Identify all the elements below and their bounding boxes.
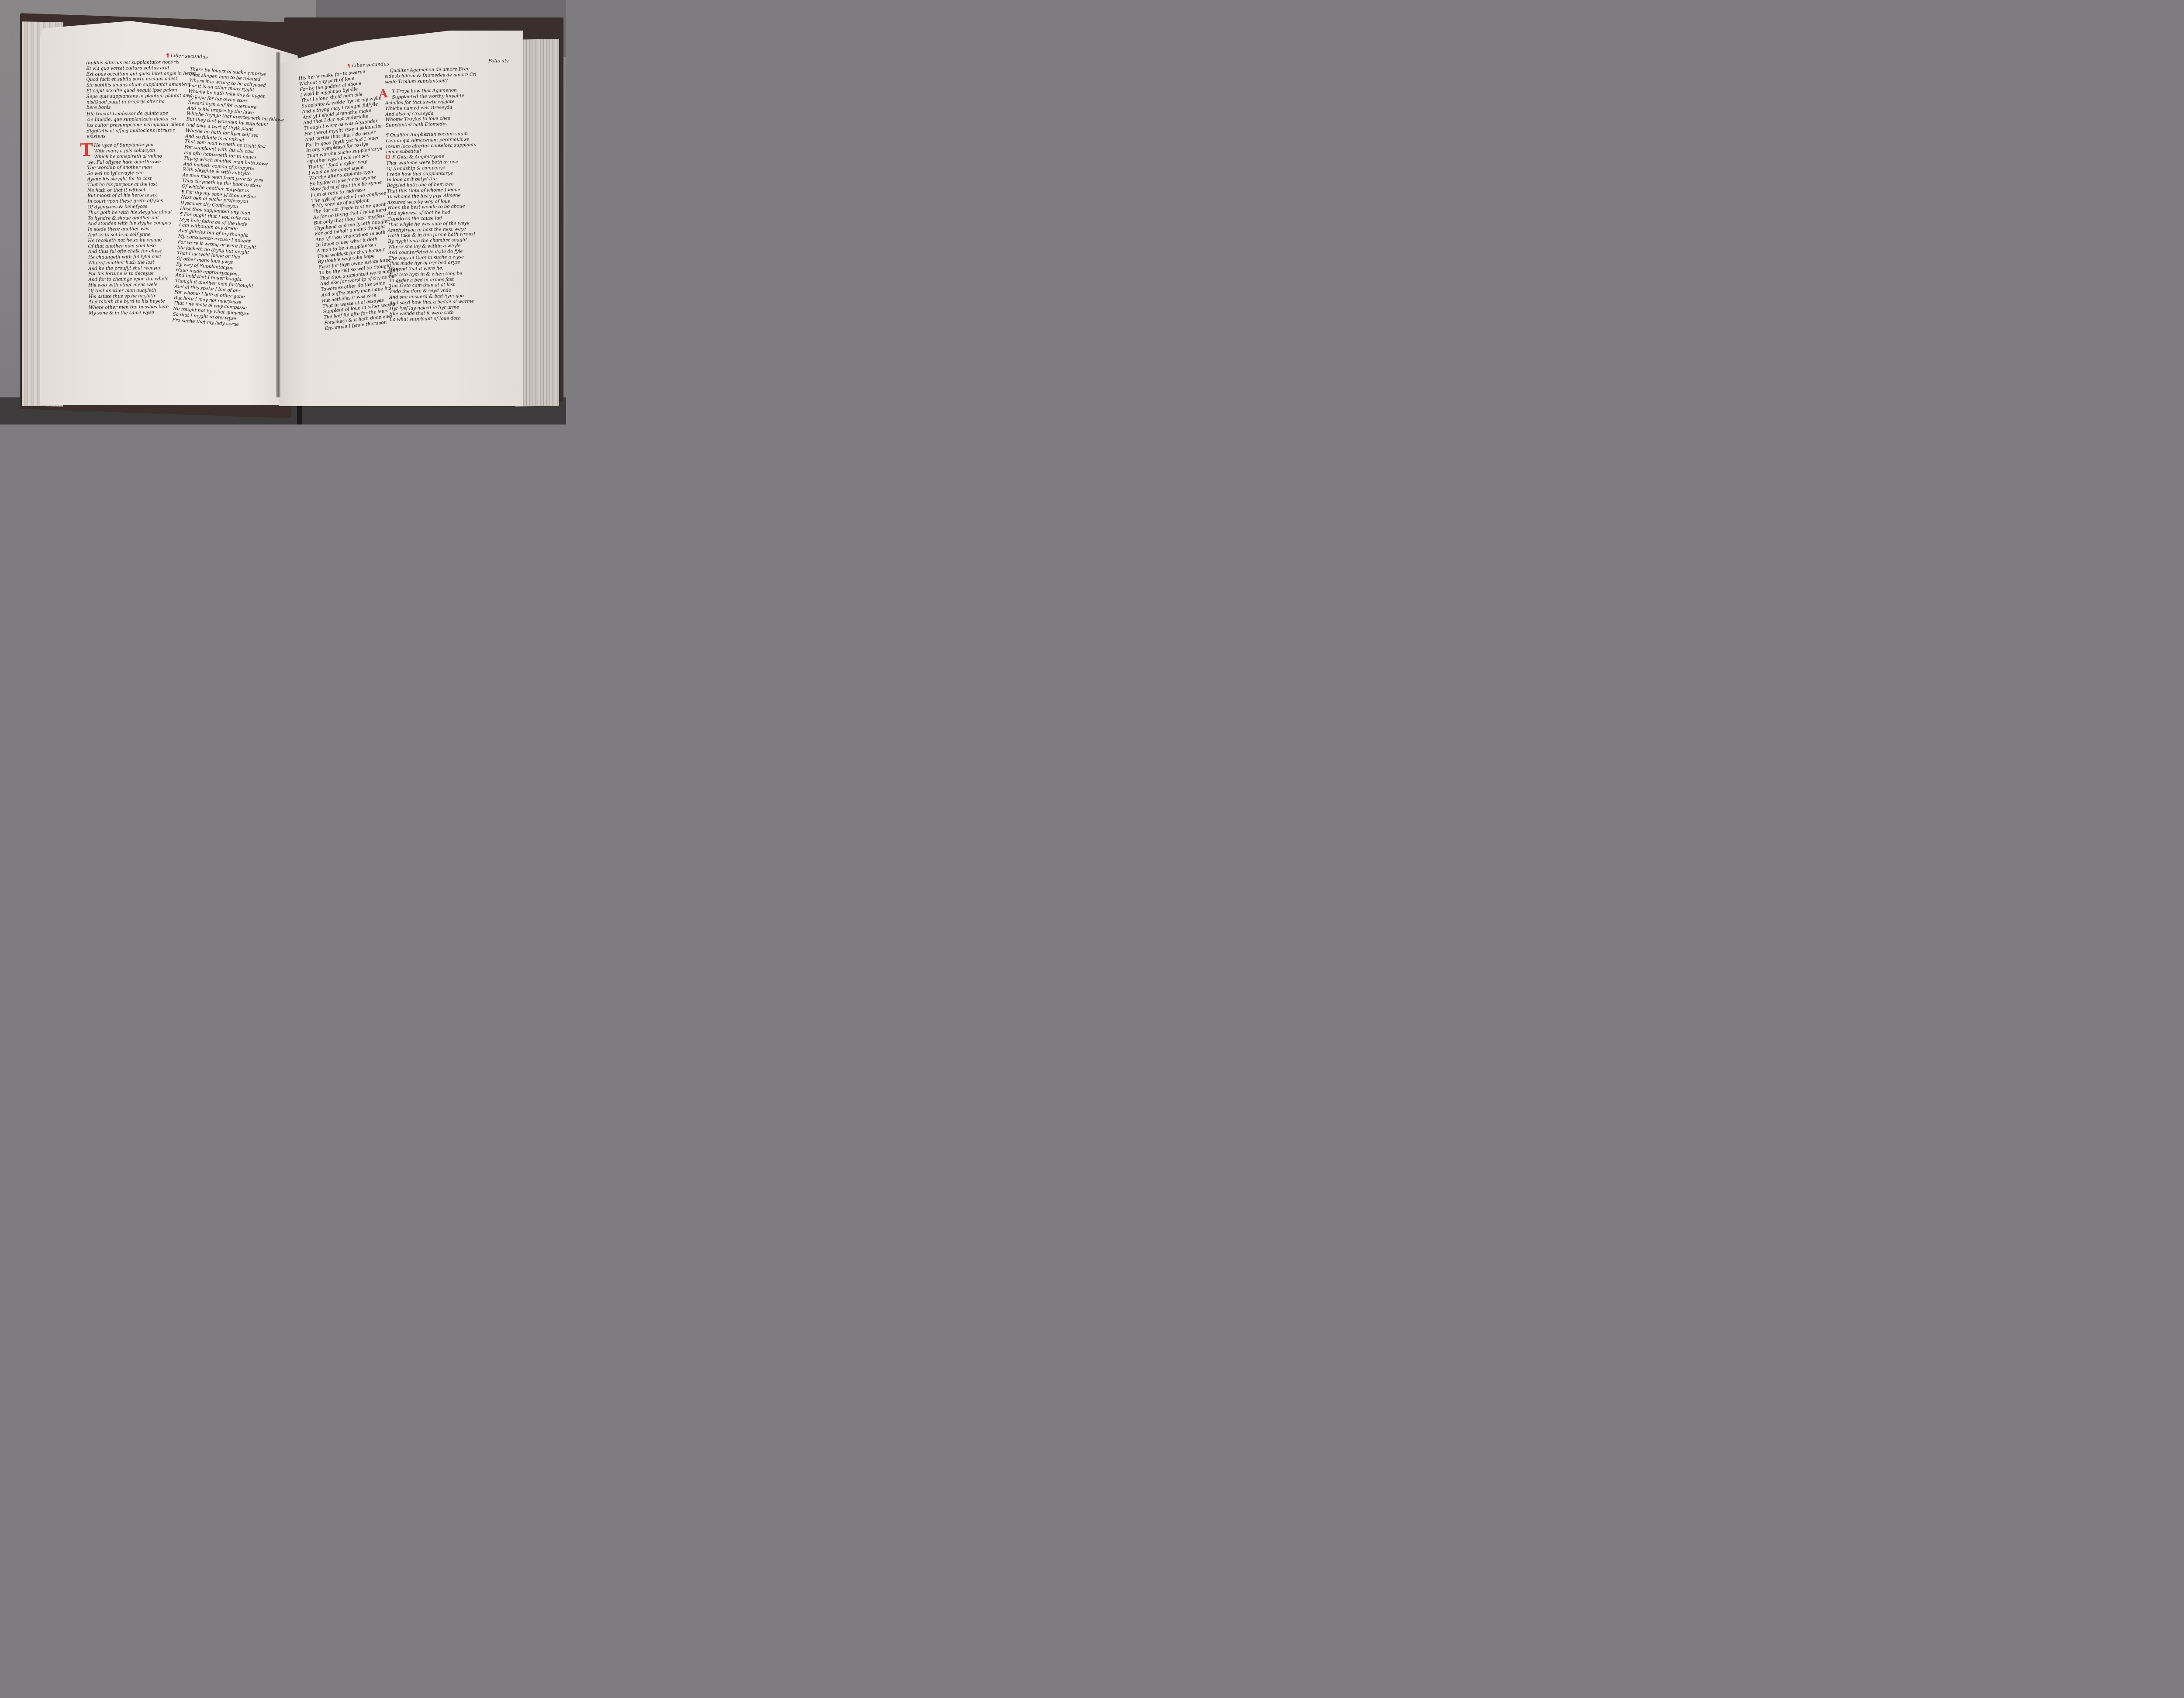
verse-block-geta: O F Geta & Amphitryone That whilome were… bbox=[386, 154, 481, 323]
latin-gloss-block: ¶ Qualiter Amphitriun socium suum Getam … bbox=[386, 131, 478, 156]
pilcrow-icon: ¶ bbox=[166, 52, 169, 58]
drop-initial: O bbox=[385, 155, 390, 160]
folio-number: Folio xlv. bbox=[488, 58, 510, 64]
drop-initial: A bbox=[379, 88, 388, 100]
text-line: Supplanted hath Diomedes bbox=[386, 121, 478, 129]
right-column-2: Qualiter Agamenon de amore Brey eide Ach… bbox=[384, 67, 482, 323]
text-line: seide Troilum supplantauit/ bbox=[385, 78, 477, 85]
text-line: existens bbox=[87, 133, 197, 140]
left-column-2: There be louers of suche emprise That sh… bbox=[172, 67, 287, 330]
text-line: bere bonis bbox=[86, 104, 197, 111]
verse-block-agamenon: A T Troye how that Agamenon Supplanted t… bbox=[385, 88, 477, 129]
latin-gloss-block: Hic tractat Confessor de quinta spe cie … bbox=[86, 111, 197, 140]
latin-verse-block: Inuidus alterius est supplantator honori… bbox=[86, 60, 197, 111]
pilcrow-icon: ¶ bbox=[347, 63, 351, 69]
drop-initial: T bbox=[80, 141, 93, 159]
